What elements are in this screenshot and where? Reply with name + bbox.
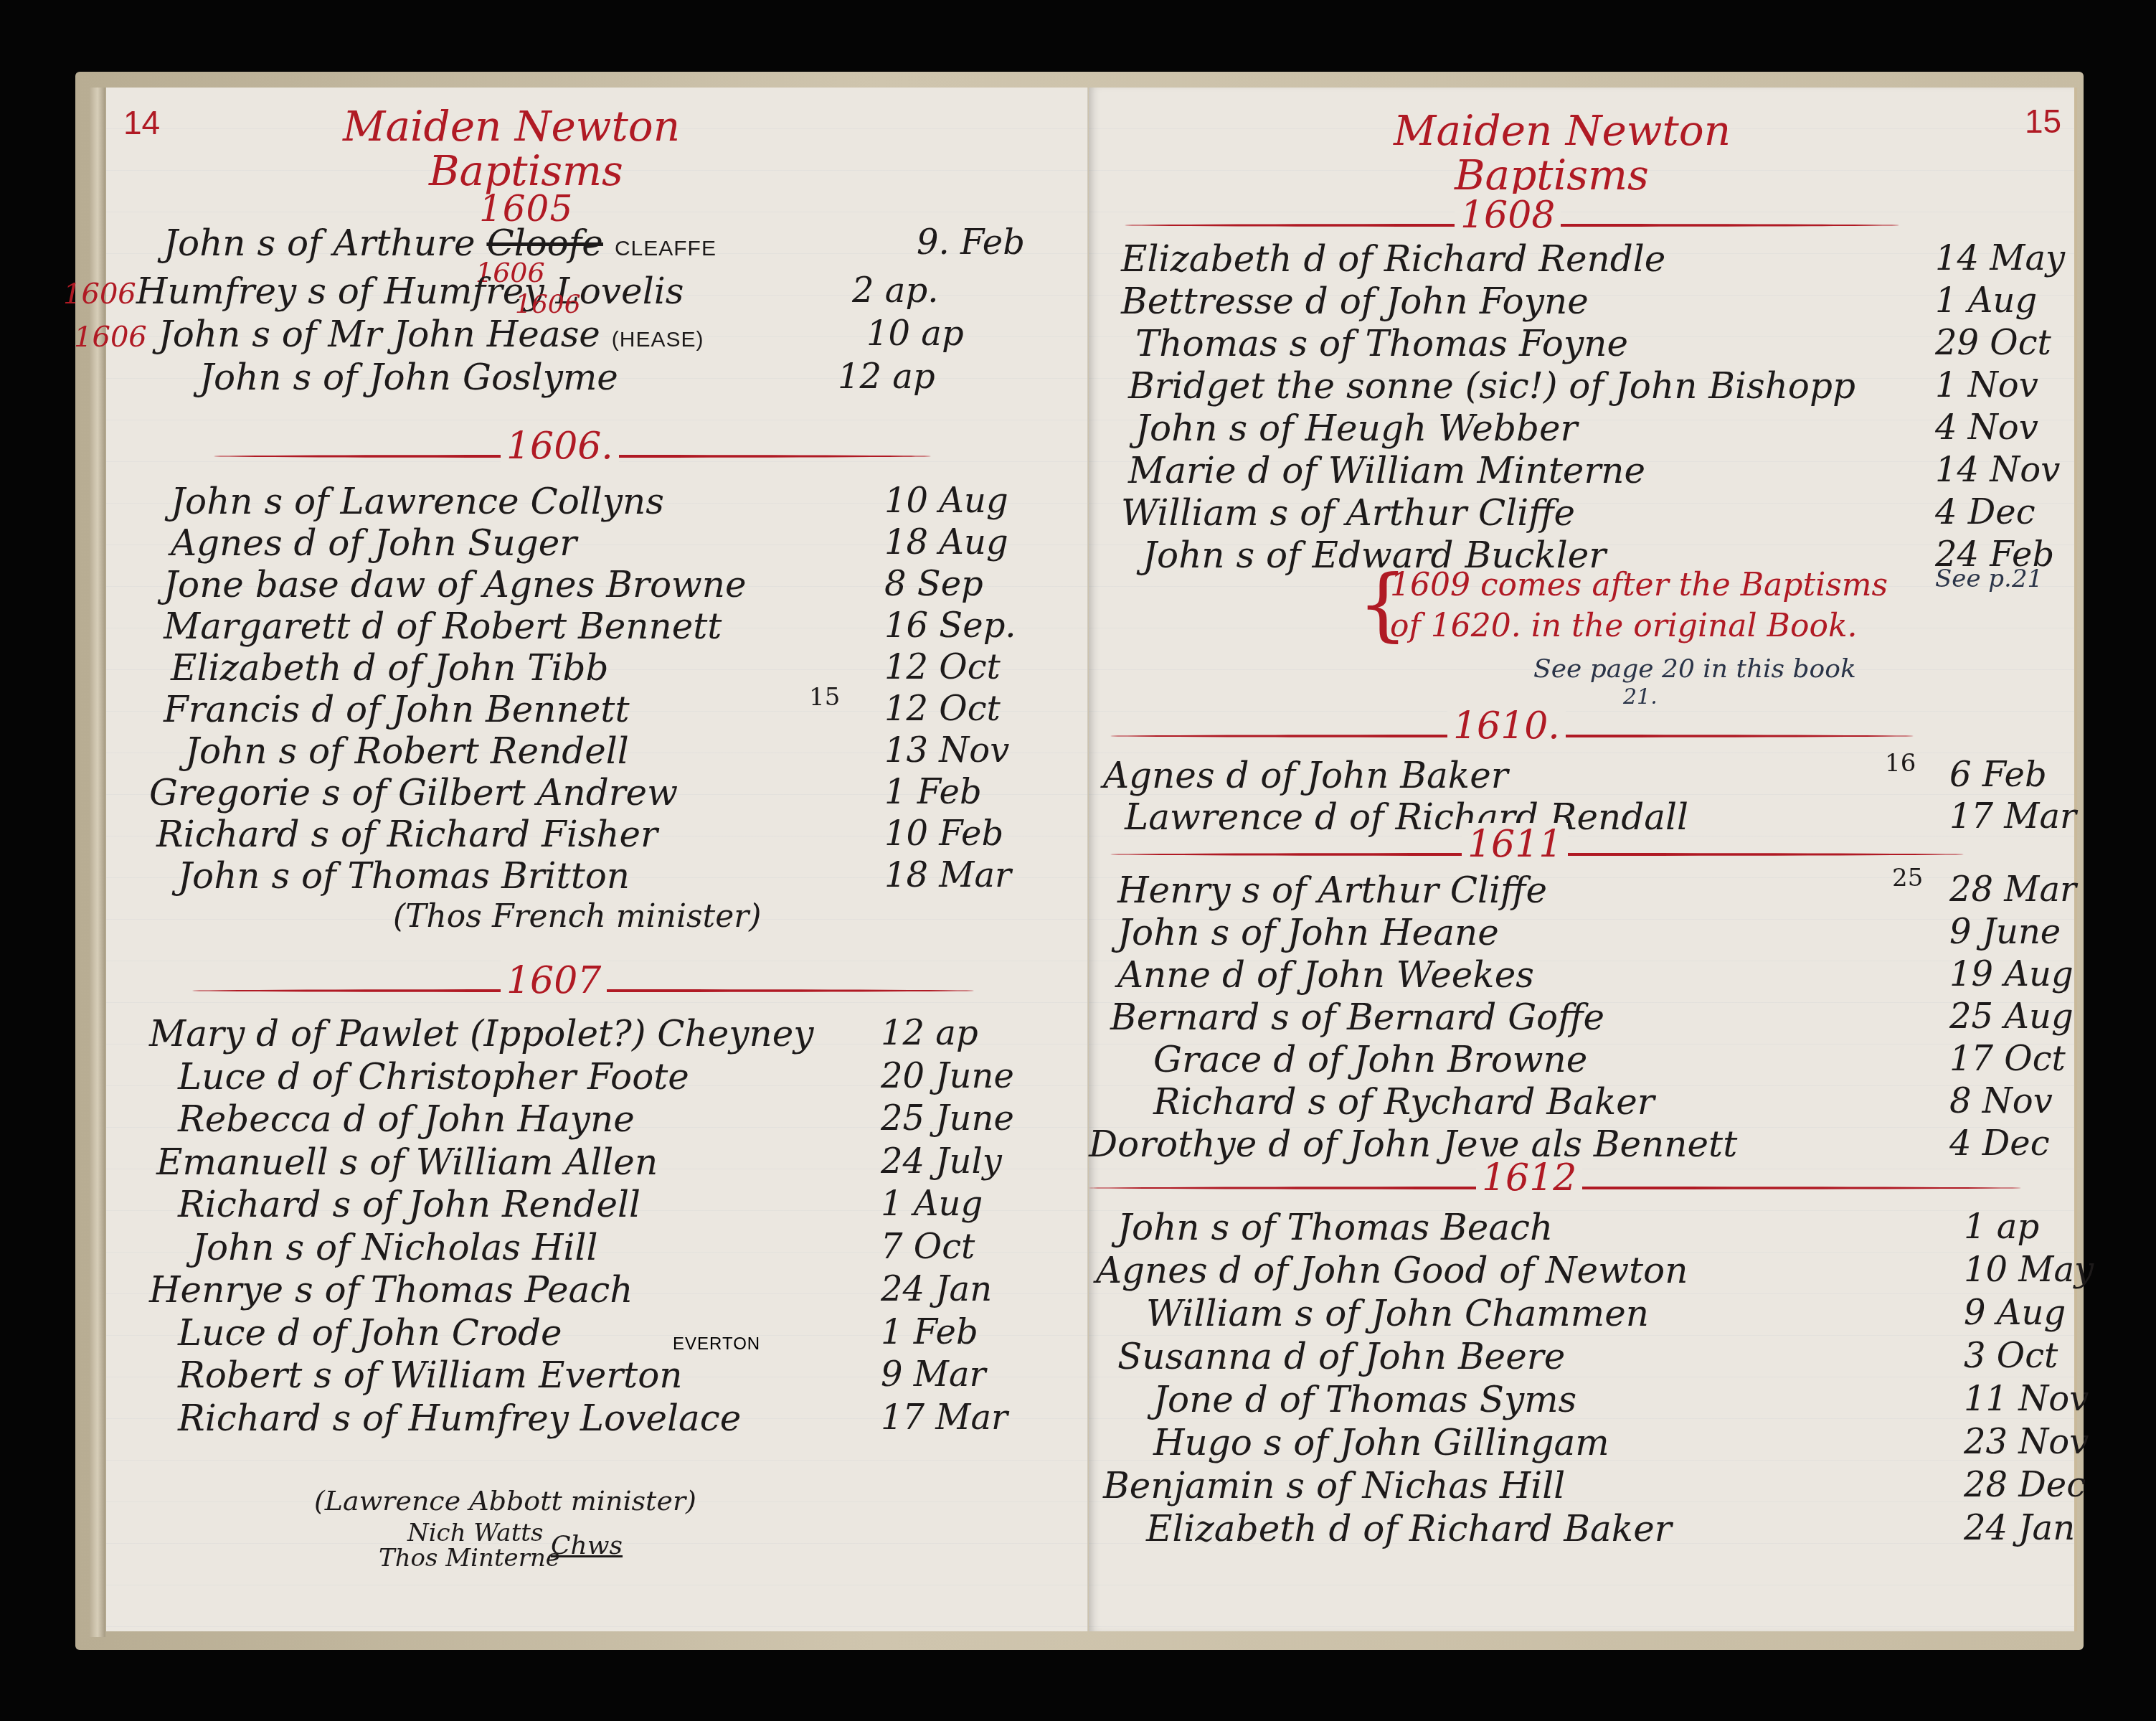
register-entry: Jone d of Thomas Syms11 Nov: [1153, 1379, 2086, 1419]
left-page: 14 Maiden Newton Baptisms 1605 John s of…: [106, 88, 1088, 1631]
entry-date: 25 Aug: [1949, 996, 2074, 1037]
register-entry: John s of Arthure Cloofe CLEAFFE 9. Feb: [164, 222, 1082, 263]
entry-name: Elizabeth d of John Tibb: [171, 647, 609, 689]
register-entry: William s of John Chammen9 Aug: [1146, 1293, 2079, 1333]
entry-date: 3 Oct: [1964, 1336, 2058, 1376]
entry-name: Anne d of John Weekes: [1117, 954, 1534, 996]
page-title: Maiden Newton: [1394, 106, 1731, 155]
register-entry: Mary d of Pawlet (Ippolet?) Cheyney12 ap: [149, 1013, 1082, 1053]
entry-name: John s of John Goslyme: [199, 357, 618, 398]
entry-name: Bettresse d of John Foyne: [1121, 280, 1589, 322]
entry-name: Richard s of Rychard Baker: [1153, 1081, 1655, 1123]
entry-date: 23 Nov: [1964, 1422, 2089, 1462]
section-year: 1612: [1476, 1156, 1582, 1199]
entry-date: 10 May: [1964, 1250, 2094, 1290]
minister-note: (Lawrence Abbott minister): [314, 1485, 696, 1517]
entry-date: 10 Feb: [884, 814, 1003, 854]
entry-name: Bridget the sonne (sic!) of John Bishopp: [1128, 365, 1855, 407]
entry-date: 18 Mar: [884, 855, 1011, 895]
entry-date: 12 ap: [838, 357, 935, 397]
entry-date: 1 Aug: [881, 1184, 983, 1224]
entry-date: 8 Nov: [1949, 1081, 2053, 1121]
page-title: Maiden Newton: [343, 102, 680, 151]
register-entry: John s of Thomas Beach1 ap: [1117, 1207, 2050, 1247]
register-entry: Elizabeth d of Richard Baker24 Jan: [1146, 1508, 2079, 1548]
entry-name: Mary d of Pawlet (Ippolet?) Cheyney: [149, 1013, 814, 1055]
entry-name: John s of Heugh Webber: [1135, 407, 1577, 449]
register-entry: Grace d of John Browne17 Oct: [1153, 1039, 2086, 1079]
correction-annotation: EVERTON: [673, 1334, 760, 1354]
entry-name: William s of Arthur Cliffe: [1121, 492, 1575, 534]
entry-date: 9 June: [1949, 912, 2061, 952]
margin-note: 1606: [74, 321, 147, 354]
entry-name: Robert s of William Everton: [178, 1354, 683, 1396]
entry-date: 4 Dec: [1949, 1123, 2050, 1164]
register-entry: Richard s of Rychard Baker8 Nov: [1153, 1081, 2086, 1121]
date-correction: 16: [1885, 749, 1916, 778]
churchwarden-name: Thos Minterne: [379, 1544, 560, 1573]
year-divider: 1612: [1089, 1171, 2021, 1199]
entry-name: John s of Thomas Britton: [178, 855, 630, 897]
entry-name: Francis d of John Bennett: [164, 689, 630, 730]
entry-name: John s of Mr John Hease: [159, 313, 600, 355]
entry-date: 14 May: [1935, 238, 2065, 278]
entry-date: 9 Aug: [1964, 1293, 2066, 1333]
entry-date: 16 Sep.: [884, 605, 1016, 646]
entry-name: Jone base daw of Agnes Browne: [164, 564, 747, 605]
page-number: 15: [2025, 102, 2061, 141]
entry-name: Agnes d of John Suger: [171, 522, 577, 564]
entry-name: Agnes d of John Baker: [1103, 755, 1508, 796]
entry-date: 29 Oct: [1935, 323, 2051, 363]
entry-date: 7 Oct: [881, 1227, 975, 1267]
register-entry: Thomas s of Thomas Foyne29 Oct: [1135, 323, 2068, 363]
entry-name: Lawrence d of Richard Rendall: [1125, 796, 1688, 838]
register-entry: John s of Robert Rendell13 Nov: [185, 730, 1117, 770]
entry-name: Elizabeth d of Richard Rendle: [1121, 238, 1665, 280]
register-entry: Hugo s of John Gillingam23 Nov: [1153, 1422, 2086, 1462]
register-entry: Elizabeth d of John Tibb12 Oct: [171, 647, 1103, 687]
section-year: 1606.: [501, 425, 619, 468]
entry-date: 24 Jan: [881, 1269, 992, 1309]
entry-name: John s of Arthure: [164, 222, 476, 264]
register-entry: William s of Arthur Cliffe4 Dec: [1121, 492, 2053, 532]
register-entry: Richard s of Humfrey Lovelace17 Mar: [178, 1397, 1110, 1438]
correction-annotation: CLEAFFE: [615, 237, 717, 260]
register-entry: John s of Nicholas Hill7 Oct: [192, 1227, 1125, 1267]
entry-name: Thomas s of Thomas Foyne: [1135, 323, 1628, 364]
register-entry: Margarett d of Robert Bennett16 Sep.: [164, 605, 1096, 646]
entry-name: Marie d of William Minterne: [1128, 450, 1645, 491]
register-entry: Richard s of Richard Fisher10 Feb: [156, 814, 1089, 854]
entry-name: Rebecca d of John Hayne: [178, 1098, 635, 1140]
entry-name: Bernard s of Bernard Goffe: [1110, 996, 1604, 1038]
entry-date: 1 Feb: [881, 1312, 978, 1352]
section-year: 1608: [1455, 194, 1561, 237]
entry-name: Agnes d of John Good of Newton: [1096, 1250, 1688, 1291]
entry-name: John s of John Heane: [1117, 912, 1499, 953]
register-entry: Susanna d of John Beere3 Oct: [1117, 1336, 2050, 1376]
entry-name: Grace d of John Browne: [1153, 1039, 1587, 1080]
entry-name: Henry s of Arthur Cliffe: [1117, 869, 1547, 911]
page-number: 14: [123, 103, 160, 142]
register-entry: Emanuell s of William Allen24 July: [156, 1141, 1089, 1182]
register-entry: Luce d of Christopher Foote20 June: [178, 1056, 1110, 1096]
entry-date: 4 Dec: [1935, 492, 2036, 532]
pencil-note: See page 20 in this book: [1533, 654, 1856, 684]
pencil-correction: 21.: [1623, 684, 1658, 709]
entry-date: 24 July: [881, 1141, 1002, 1182]
register-entry: Gregorie s of Gilbert Andrew1 Feb: [149, 772, 1082, 812]
entry-date: 28 Mar: [1949, 869, 2076, 910]
entry-date: 17 Oct: [1949, 1039, 2066, 1079]
register-entry: Robert s of William EvertonEVERTON9 Mar: [178, 1354, 1110, 1395]
entry-date: 25 June: [881, 1098, 1014, 1138]
entry-name: John s of Nicholas Hill: [192, 1227, 597, 1268]
register-entry: John s of John Goslyme 12 ap: [199, 357, 1089, 397]
entry-date: 12 ap: [881, 1013, 978, 1053]
entry-name: Emanuell s of William Allen: [156, 1141, 658, 1183]
entry-date: 20 June: [881, 1056, 1014, 1096]
year-divider: 1608: [1125, 208, 1899, 237]
section-year: 1610.: [1447, 704, 1566, 748]
entry-name: Elizabeth d of Richard Baker: [1146, 1508, 1672, 1550]
entry-date: 1 Nov: [1935, 365, 2038, 405]
entry-name: Benjamin s of Nichas Hill: [1103, 1465, 1565, 1507]
entry-date: 24 Jan: [1964, 1508, 2075, 1548]
entry-date: 1 Feb: [884, 772, 982, 812]
entry-name: William s of John Chammen: [1146, 1293, 1649, 1334]
entry-name: Hugo s of John Gillingam: [1153, 1422, 1609, 1463]
cross-reference-note: of 1620. in the original Book.: [1390, 608, 1858, 644]
register-entry: Anne d of John Weekes19 Aug: [1117, 954, 2050, 994]
year-divider: 1610.: [1110, 719, 1914, 748]
register-entry: Agnes d of John Baker166 Feb: [1103, 755, 2036, 795]
entry-name: Henrye s of Thomas Peach: [149, 1269, 633, 1311]
entry-date: 1 Aug: [1935, 280, 2037, 321]
register-entry: Bridget the sonne (sic!) of John Bishopp…: [1128, 365, 2061, 405]
register-entry: Agnes d of John Suger18 Aug: [171, 522, 1103, 562]
register-entry: Henry s of Arthur Cliffe2528 Mar: [1117, 869, 2050, 910]
register-entry: Rebecca d of John Hayne25 June: [178, 1098, 1110, 1138]
entry-date: 28 Dec: [1964, 1465, 2086, 1505]
right-page: 15 Maiden Newton Baptisms 1608 Elizabeth…: [1089, 88, 2077, 1631]
entry-date: 2 ap.: [852, 270, 938, 311]
entry-name: Susanna d of John Beere: [1117, 1336, 1565, 1377]
entry-date: 10 Aug: [884, 481, 1008, 521]
register-entry: Lawrence d of Richard Rendall17 Mar: [1125, 796, 2057, 836]
register-entry: John s of Lawrence Collyns10 Aug: [171, 481, 1103, 521]
entry-name: Gregorie s of Gilbert Andrew: [149, 772, 678, 814]
section-year: 1611: [1462, 823, 1568, 866]
entry-name: Jone d of Thomas Syms: [1153, 1379, 1576, 1420]
entry-name: Luce d of John Crode: [178, 1312, 562, 1354]
register-entry: John s of Heugh Webber4 Nov: [1135, 407, 2068, 448]
year-divider: 1611: [1110, 837, 1964, 866]
entry-name: Luce d of Christopher Foote: [178, 1056, 689, 1098]
year-divider: 1606.: [214, 439, 931, 468]
entry-name: Richard s of John Rendell: [178, 1184, 640, 1225]
entry-date: 6 Feb: [1949, 755, 2047, 795]
date-correction: 15: [809, 683, 840, 712]
date-correction: 25: [1892, 864, 1923, 892]
entry-name: Richard s of Richard Fisher: [156, 814, 658, 855]
pencil-note: See p.21: [1935, 565, 2043, 593]
register-entry: Jone base daw of Agnes Browne8 Sep: [164, 564, 1096, 604]
entry-date: 1 ap: [1964, 1207, 2039, 1247]
churchwarden-name: Nich Watts: [407, 1519, 543, 1547]
register-entry: Bernard s of Bernard Goffe25 Aug: [1110, 996, 2043, 1037]
page-subtitle: Baptisms: [1455, 151, 1649, 199]
register-entry: John s of Thomas Britton18 Mar: [178, 855, 1110, 895]
cross-reference-note: 1609 comes after the Baptisms: [1390, 567, 1888, 603]
entry-name: John s of Lawrence Collyns: [171, 481, 664, 522]
entry-name: Richard s of Humfrey Lovelace: [178, 1397, 741, 1439]
entry-name: Dorothye d of John Jeye als Bennett: [1089, 1123, 1737, 1165]
entry-name: John s of Thomas Beach: [1117, 1207, 1553, 1248]
entry-date: 10 ap: [866, 313, 964, 354]
year-divider: 1607: [192, 973, 974, 1002]
register-entry: Elizabeth d of Richard Rendle14 May: [1121, 238, 2053, 278]
register-entry: Bettresse d of John Foyne1 Aug: [1121, 280, 2053, 321]
entry-date: 9. Feb: [917, 222, 1025, 263]
register-entry: Francis d of John Bennett1512 Oct: [164, 689, 1096, 729]
section-year: 1607: [501, 959, 607, 1002]
margin-note: 1606: [63, 278, 136, 311]
register-entry: Benjamin s of Nichas Hill28 Dec: [1103, 1465, 2036, 1505]
entry-name: Margarett d of Robert Bennett: [164, 605, 722, 647]
register-entry: Richard s of John Rendell1 Aug: [178, 1184, 1110, 1224]
entry-date: 4 Nov: [1935, 407, 2038, 448]
entry-date: 9 Mar: [881, 1354, 986, 1395]
entry-date: 8 Sep: [884, 564, 983, 604]
entry-name: John s of Robert Rendell: [185, 730, 629, 772]
register-entry: Marie d of William Minterne14 Nov: [1128, 450, 2061, 490]
minister-note: (Thos French minister): [393, 898, 762, 935]
entry-date: 12 Oct: [884, 689, 1001, 729]
entry-date: 11 Nov: [1964, 1379, 2089, 1419]
correction-annotation: (HEASE): [612, 328, 704, 352]
entry-date: 12 Oct: [884, 647, 1001, 687]
churchwardens-label: Chws: [551, 1531, 623, 1560]
register-entry: Luce d of John Crode1 Feb: [178, 1312, 1110, 1352]
entry-date: 19 Aug: [1949, 954, 2074, 994]
register-entry: 1606 John s of Mr John Hease (HEASE) 10 …: [74, 313, 1092, 354]
register-entry: Henrye s of Thomas Peach24 Jan: [149, 1269, 1082, 1309]
entry-date: 17 Mar: [1949, 796, 2076, 836]
entry-date: 14 Nov: [1935, 450, 2060, 490]
entry-date: 13 Nov: [884, 730, 1009, 770]
register-entry: John s of John Heane9 June: [1117, 912, 2050, 952]
entry-date: 18 Aug: [884, 522, 1008, 562]
entry-date: 17 Mar: [881, 1397, 1008, 1438]
entry-name: Humfrey s of Humfrey Lovelis: [136, 270, 684, 312]
register-entry: Agnes d of John Good of Newton10 May: [1096, 1250, 2028, 1290]
